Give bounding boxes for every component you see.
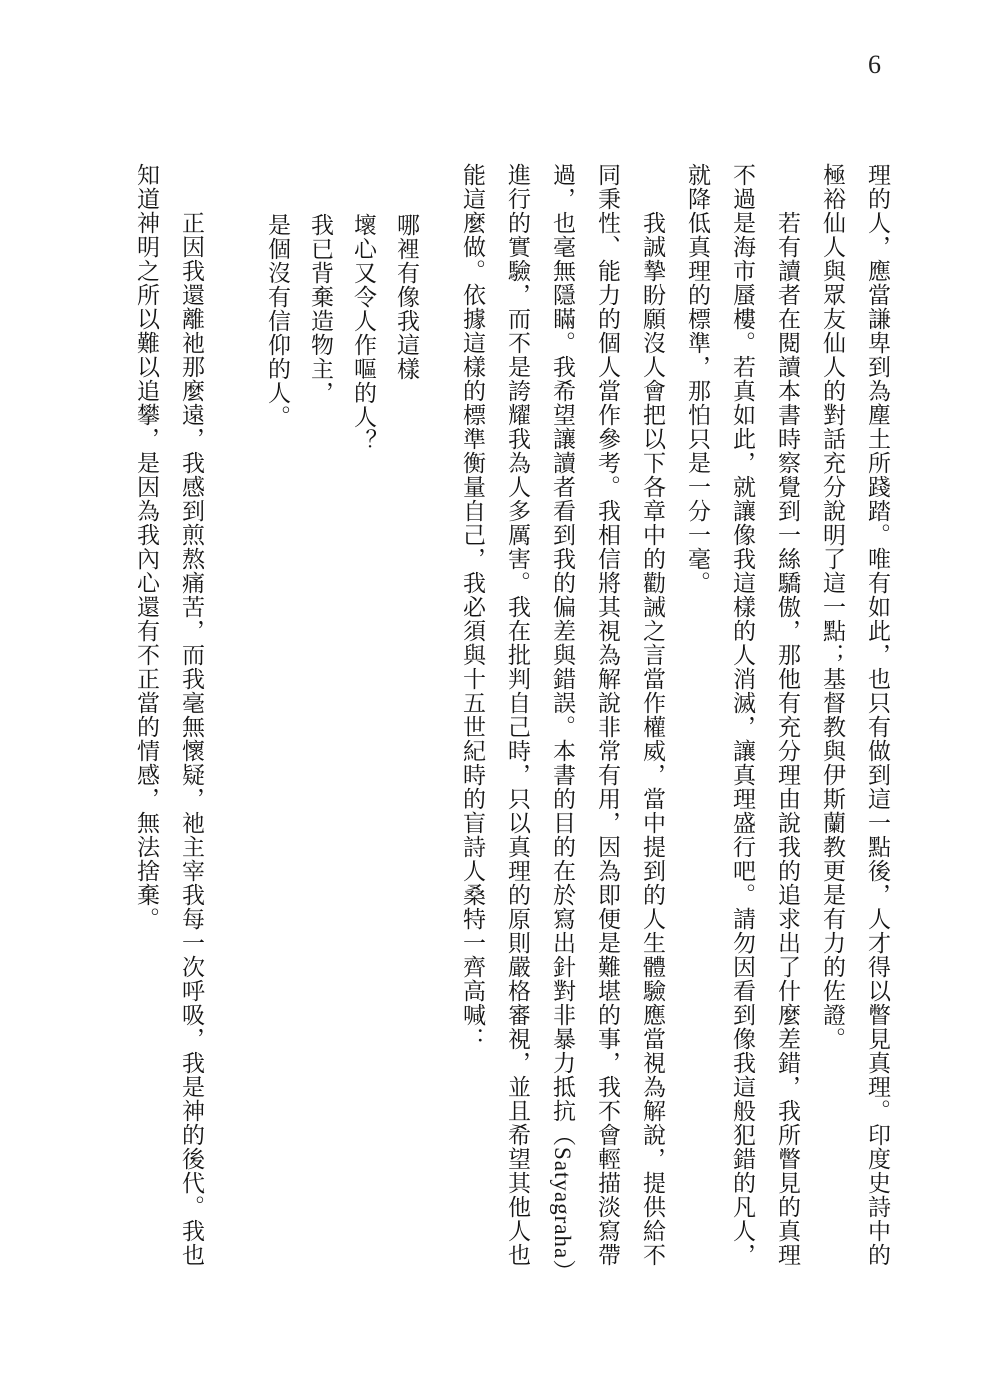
paragraph: 我誠摯盼願沒人會把以下各章中的勸誡之言當作權威，當中提到的人生體驗應當視為解說，… <box>450 163 675 1287</box>
paragraph-closing: 正因我還離祂那麼遠，我感到煎熬痛苦，而我毫無懷疑，祂主宰我每一次呼吸，我是神的後… <box>124 163 214 1287</box>
paragraph-continuation: 理的人，應當謙卑到為塵土所踐踏。唯有如此，也只有做到這一點後，人才得以瞥見真理。… <box>810 163 900 1287</box>
paragraph: 若有讀者在閱讀本書時察覺到一絲驕傲，那他有充分理由說我的追求出了什麼差錯，我所瞥… <box>675 163 810 1287</box>
poem-line: 壞心又令人作嘔的人？ <box>342 163 385 1287</box>
poem-line: 我已背棄造物主， <box>299 163 342 1287</box>
text-block: 理的人，應當謙卑到為塵土所踐踏。唯有如此，也只有做到這一點後，人才得以瞥見真理。… <box>124 163 900 1287</box>
poem-line: 哪裡有像我這樣 <box>385 163 428 1287</box>
book-page: 6 理的人，應當謙卑到為塵土所踐踏。唯有如此，也只有做到這一點後，人才得以瞥見真… <box>0 0 1000 1400</box>
page-number: 6 <box>868 50 881 80</box>
poem-line: 是個沒有信仰的人。 <box>256 163 299 1287</box>
poem-quote: 哪裡有像我這樣 壞心又令人作嘔的人？ 我已背棄造物主， 是個沒有信仰的人。 <box>256 163 428 1287</box>
